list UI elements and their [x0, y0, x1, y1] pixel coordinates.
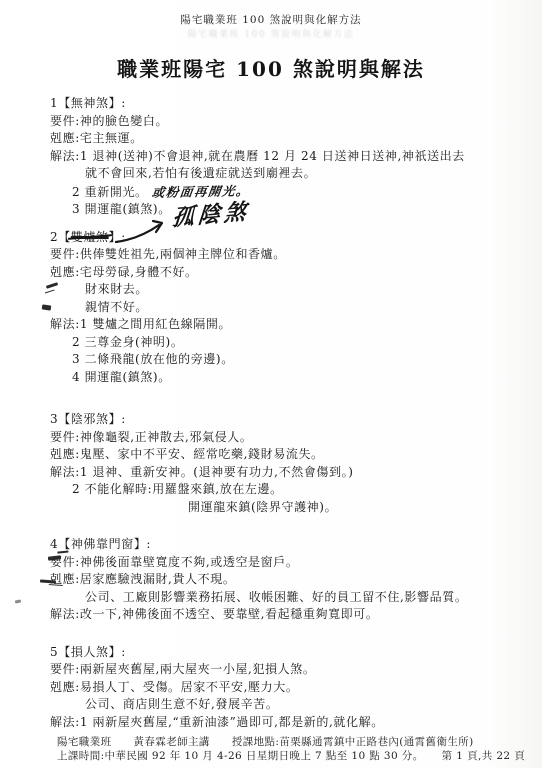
- section-2-double-censer-sha: 2【雙爐煞】: 孤陰煞 要件:供俸雙姓祖先,兩個神主牌位和香爐。 剋應:宅母勞碌…: [0, 229, 542, 387]
- section-heading: 3【陰邪煞】:: [50, 411, 542, 429]
- scanned-document-page: 陽宅職業班 100 煞說明與化解方法 陽宅職業班 100 煞說明與化解方法 職業…: [0, 0, 542, 768]
- text-row: 就不會回來,若怕有後遺症就送到廟裡去。: [85, 165, 542, 183]
- page-title: 職業班陽宅 100 煞說明與解法: [0, 53, 542, 82]
- text-row: 要件:神佛後面靠壁寬度不夠,或透空是窗戶。: [50, 554, 542, 572]
- heading-prefix: 2【: [50, 230, 71, 244]
- class-location: 授課地點:苗栗縣通霄鎮中正路巷內(通霄舊衛生所): [232, 736, 474, 748]
- text-row: 親情不好。: [85, 299, 542, 317]
- text-row: 公司、工廠則影響業務拓展、收帳困難、好的員工留不住,影響品質。: [85, 589, 542, 607]
- handwritten-arrow-icon: [114, 216, 172, 246]
- text-row: 剋應:宅母勞碌,身體不好。: [50, 264, 542, 282]
- text-row: 2 三尊金身(神明)。: [72, 334, 542, 352]
- section-1-no-god-sha: 1【無神煞】: 要件:神的臉色變白。 剋應:宅主無運。 解法:1 退神(送神)不…: [0, 95, 542, 219]
- page-footer: 陽宅職業班黃春霖老師主講授課地點:苗栗縣通霄鎮中正路巷內(通霄舊衛生所) 上課時…: [57, 736, 542, 763]
- class-time: 上課時間:中華民國 92 年 10 月 4-26 日星期日晚上 7 點至 10 …: [57, 750, 424, 762]
- text-row: 解法:1 兩新屋夾舊屋,“重新油漆”過即可,都是新的,就化解。: [50, 714, 542, 732]
- course-name: 陽宅職業班: [57, 736, 112, 748]
- handwritten-note: 或粉面再開光。: [150, 182, 250, 201]
- text-row: 解法:1 退神、重新安神。(退神要有功力,不然會傷到。): [50, 464, 542, 482]
- text-row: 要件:供俸雙姓祖先,兩個神主牌位和香爐。: [50, 246, 542, 264]
- handwritten-sha-name: 孤陰煞: [171, 203, 250, 228]
- text-row: 剋應:宅主無運。: [50, 130, 542, 148]
- text-row: 解法:1 雙爐之間用紅色線隔開。: [50, 316, 542, 334]
- text-row: 3 二條飛龍(放在他的旁邊)。: [72, 351, 542, 369]
- text-row: 4 開運龍(鎮煞)。: [72, 369, 542, 387]
- footer-line-1: 陽宅職業班黃春霖老師主講授課地點:苗栗縣通霄鎮中正路巷內(通霄舊衛生所): [57, 736, 542, 750]
- section-3-yin-evil-sha: 3【陰邪煞】: 要件:神像龜裂,正神散去,邪氣侵人。 剋應:鬼壓、家中不平安、經…: [0, 411, 542, 516]
- handwritten-annotation: 孤陰煞: [114, 207, 250, 246]
- text-row: 開運龍來鎮(陰界守護神)。: [188, 499, 542, 517]
- text-row: 要件:神的臉色變白。: [50, 113, 542, 131]
- teacher-name: 黃春霖老師主講: [134, 736, 210, 748]
- section-4-deity-against-window: 4【神佛靠門窗】: 要件:神佛後面靠壁寬度不夠,或透空是窗戶。 剋應:居家應驗洩…: [0, 536, 542, 624]
- text-row: 2 不能化解時:用羅盤來鎮,放在左邊。: [72, 481, 542, 499]
- text-row: 解法:1 退神(送神)不會退神,就在農曆 12 月 24 日送神日送神,神祇送出…: [50, 148, 542, 166]
- struck-out-name: 雙爐煞: [71, 230, 109, 244]
- text-row: 公司、商店則生意不好,發展辛苦。: [85, 696, 542, 714]
- page-number: 第 1 頁,共 22 頁: [442, 750, 526, 762]
- text-row: 要件:兩新屋夾舊屋,兩大屋夾一小屋,犯損人煞。: [50, 661, 542, 679]
- section-heading: 2【雙爐煞】: 孤陰煞: [50, 229, 542, 247]
- footer-line-2: 上課時間:中華民國 92 年 10 月 4-26 日星期日晚上 7 點至 10 …: [57, 750, 542, 764]
- text-row: 剋應:居家應驗洩漏財,貴人不現。: [50, 571, 542, 589]
- text-row: 2 重新開光。或粉面再開光。: [72, 183, 542, 202]
- section-5-harm-people-sha: 5【損人煞】: 要件:兩新屋夾舊屋,兩大屋夾一小屋,犯損人煞。 剋應:易損人丁、…: [0, 644, 542, 732]
- section-heading: 4【神佛靠門窗】:: [50, 536, 542, 554]
- text-row: 剋應:鬼壓、家中不平安、經常吃藥,錢財易流失。: [50, 446, 542, 464]
- text-row: 要件:神像龜裂,正神散去,邪氣侵人。: [50, 429, 542, 447]
- text-row: 解法:改一下,神佛後面不透空、要靠壁,看起穩重夠寬即可。: [50, 606, 542, 624]
- header-bleedthrough-ghost: 陽宅職業班 100 煞說明與化解方法: [0, 27, 542, 40]
- printed-text: 2 重新開光。: [72, 185, 148, 199]
- document-header: 陽宅職業班 100 煞說明與化解方法: [0, 0, 542, 27]
- text-row: 財來財去。: [85, 281, 542, 299]
- section-heading: 5【損人煞】:: [50, 644, 542, 662]
- section-heading: 1【無神煞】:: [50, 95, 542, 113]
- document-body: 1【無神煞】: 要件:神的臉色變白。 剋應:宅主無運。 解法:1 退神(送神)不…: [0, 95, 542, 731]
- scan-speck: [42, 304, 52, 310]
- text-row: 剋應:易損人丁、受傷。居家不平安,壓力大。: [50, 679, 542, 697]
